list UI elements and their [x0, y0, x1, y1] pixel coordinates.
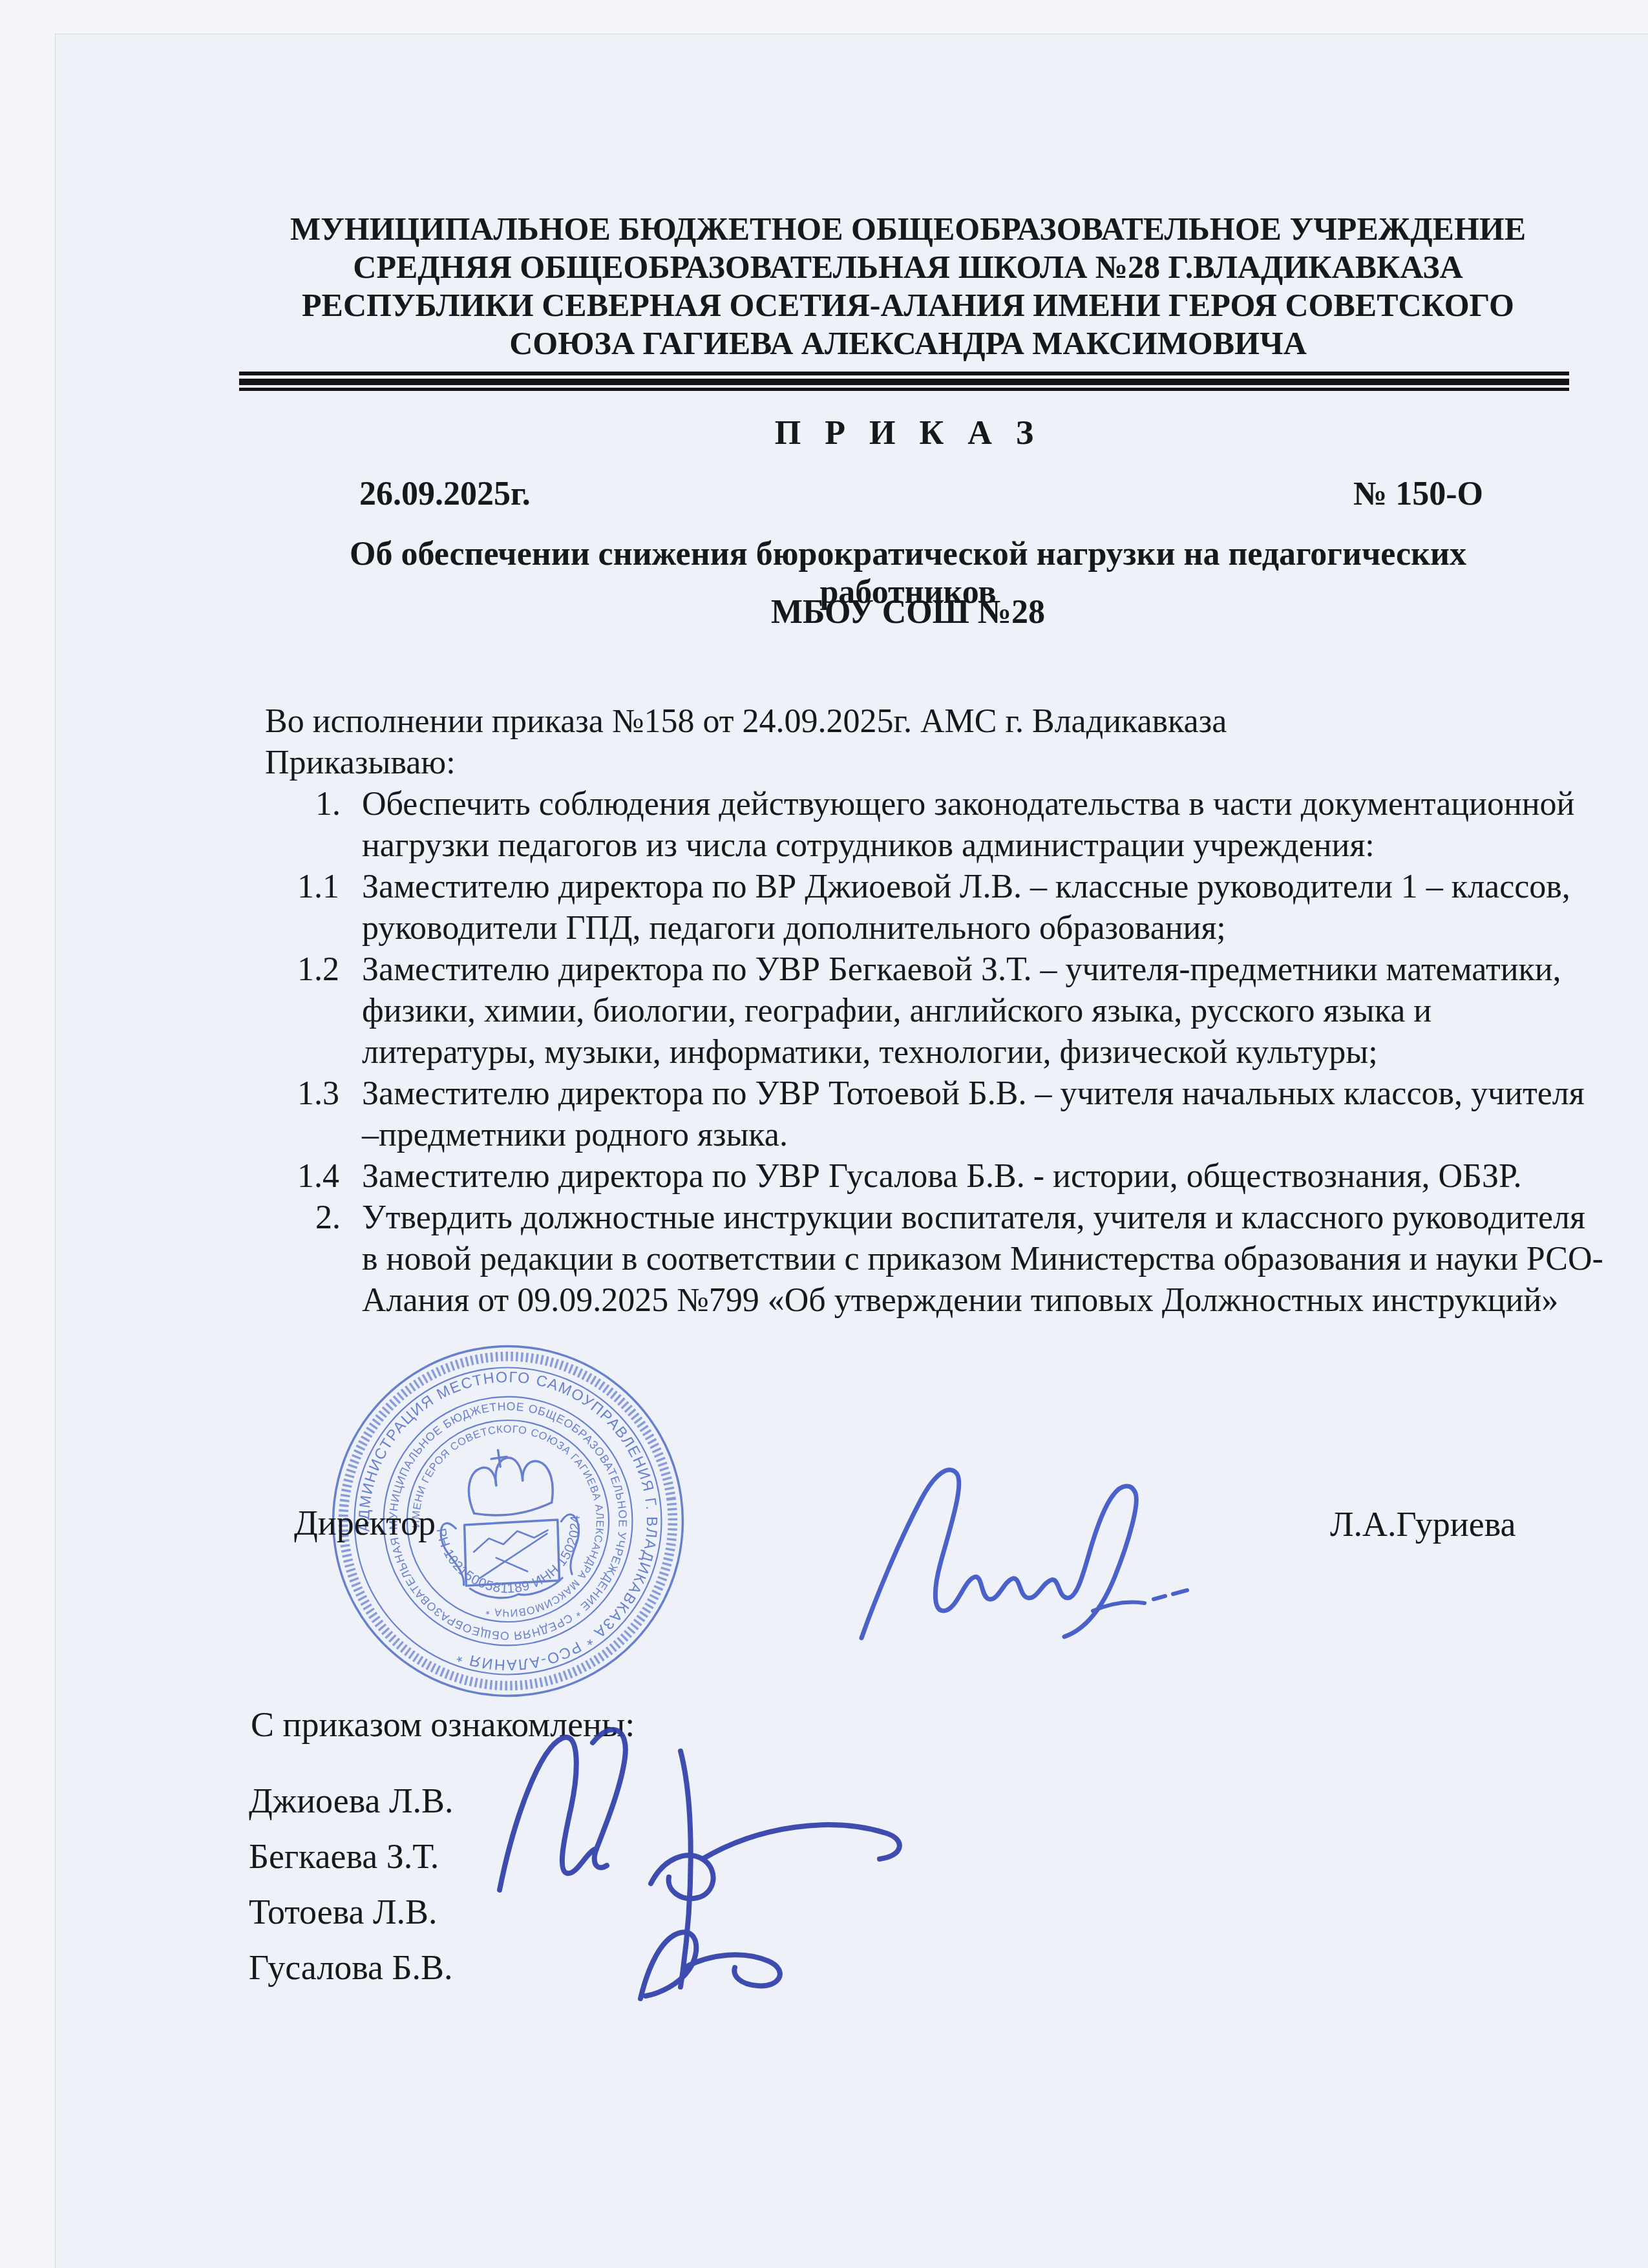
- item-line: Заместителю директора по УВР Гусалова Б.…: [362, 1156, 1554, 1197]
- rule-line: [239, 388, 1569, 391]
- order-item-1-3: 1.3 Заместителю директора по УВР Тотоево…: [265, 1073, 1554, 1156]
- stamp-emblem: [430, 1440, 587, 1605]
- item-number: 1.: [315, 784, 341, 825]
- director-title: Директор: [294, 1503, 436, 1543]
- order-item-1-1: 1.1 Заместителю директора по ВР Джиоевой…: [265, 866, 1554, 949]
- org-header-line: СРЕДНЯЯ ОБЩЕОБРАЗОВАТЕЛЬНАЯ ШКОЛА №28 Г.…: [265, 248, 1551, 286]
- org-header: МУНИЦИПАЛЬНОЕ БЮДЖЕТНОЕ ОБЩЕОБРАЗОВАТЕЛЬ…: [265, 210, 1551, 362]
- director-signature: [837, 1444, 1218, 1657]
- item-number: 1.2: [297, 949, 339, 991]
- order-item-1-2: 1.2 Заместителю директора по УВР Бегкаев…: [265, 949, 1554, 1073]
- item-line: руководители ГПД, педагоги дополнительно…: [362, 908, 1554, 949]
- item-line: Алания от 09.09.2025 №799 «Об утверждени…: [362, 1280, 1554, 1321]
- item-line: Заместителю директора по УВР Тотоевой Б.…: [362, 1073, 1554, 1115]
- order-body: Во исполнении приказа №158 от 24.09.2025…: [265, 701, 1554, 1321]
- org-header-line: РЕСПУБЛИКИ СЕВЕРНАЯ ОСЕТИЯ-АЛАНИЯ ИМЕНИ …: [265, 286, 1551, 324]
- item-number: 1.4: [297, 1156, 339, 1197]
- intro-line: Во исполнении приказа №158 от 24.09.2025…: [265, 701, 1554, 742]
- directive-line: Приказываю:: [265, 742, 1554, 784]
- item-line: нагрузки педагогов из числа сотрудников …: [362, 825, 1554, 866]
- order-item-1: 1. Обеспечить соблюдения действующего за…: [265, 784, 1554, 866]
- item-line: в новой редакции в соответствии с приказ…: [362, 1239, 1554, 1280]
- rule-line: [239, 379, 1569, 385]
- item-number: 2.: [315, 1197, 341, 1239]
- item-number: 1.3: [297, 1073, 339, 1115]
- header-separator-rule: [239, 372, 1569, 391]
- item-line: Заместителю директора по ВР Джиоевой Л.В…: [362, 866, 1554, 908]
- item-line: –предметники родного языка.: [362, 1115, 1554, 1156]
- order-number: № 150-О: [1353, 475, 1483, 513]
- order-item-2: 2. Утвердить должностные инструкции восп…: [265, 1197, 1554, 1321]
- director-name: Л.А.Гуриева: [1330, 1504, 1516, 1544]
- order-title: П Р И К А З: [265, 414, 1551, 452]
- acknowledgement-name: Тотоева Л.В.: [249, 1892, 438, 1932]
- item-line: Заместителю директора по УВР Бегкаевой З…: [362, 949, 1554, 991]
- org-header-line: МУНИЦИПАЛЬНОЕ БЮДЖЕТНОЕ ОБЩЕОБРАЗОВАТЕЛЬ…: [265, 210, 1551, 248]
- staff-signatures: [423, 1690, 947, 2032]
- item-line: Обеспечить соблюдения действующего закон…: [362, 784, 1554, 825]
- date-number-row: 26.09.2025г. № 150-О: [265, 475, 1551, 514]
- item-line: физики, химии, биологии, географии, англ…: [362, 991, 1554, 1032]
- item-line: Утвердить должностные инструкции воспита…: [362, 1197, 1554, 1239]
- acknowledgement-name: Гусалова Б.В.: [249, 1948, 452, 1988]
- scanned-order-page: МУНИЦИПАЛЬНОЕ БЮДЖЕТНОЕ ОБЩЕОБРАЗОВАТЕЛЬ…: [0, 0, 1648, 2268]
- item-line: литературы, музыки, информатики, техноло…: [362, 1032, 1554, 1073]
- order-item-1-4: 1.4 Заместителю директора по УВР Гусалов…: [265, 1156, 1554, 1197]
- org-header-line: СОЮЗА ГАГИЕВА АЛЕКСАНДРА МАКСИМОВИЧА: [265, 324, 1551, 362]
- order-date: 26.09.2025г.: [359, 475, 531, 513]
- order-subject-org: МБОУ СОШ №28: [265, 593, 1551, 631]
- acknowledgement-name: Бегкаева З.Т.: [249, 1836, 439, 1876]
- item-number: 1.1: [297, 866, 339, 908]
